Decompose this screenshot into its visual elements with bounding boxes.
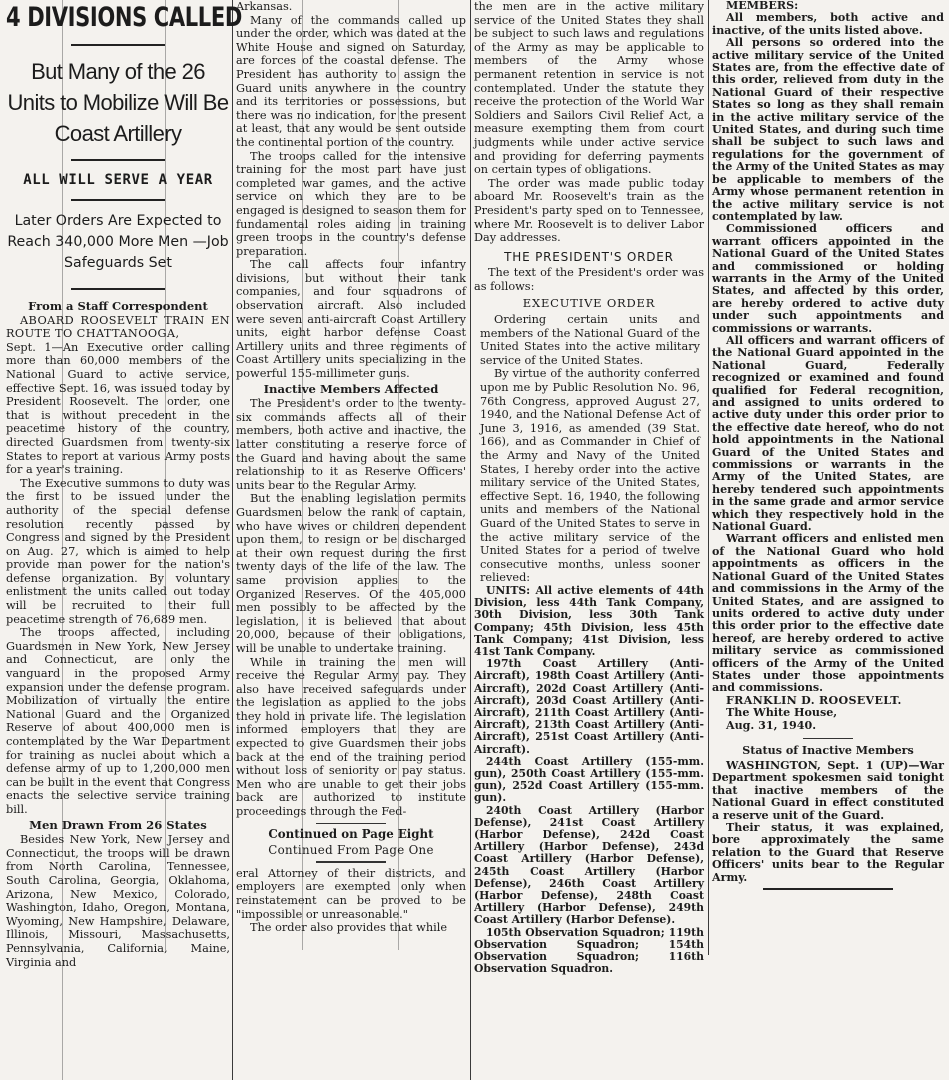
members-paragraph: All members, both active and inactive, o… [712,12,944,37]
newspaper-clipping: 4 DIVISIONS CALLED But Many of the 26 Un… [0,0,949,1080]
units-item: 244th Coast Artillery (155-mm. gun), 250… [474,756,704,805]
column-rule [232,0,233,1080]
section-rule [803,738,853,740]
article-paragraph: While in training the men will receive t… [236,656,466,819]
column-4: MEMBERS: All members, both active and in… [712,0,944,1080]
column-1: 4 DIVISIONS CALLED But Many of the 26 Un… [6,0,230,1080]
column-3: the men are in the active military servi… [474,0,704,1080]
headline-main: 4 DIVISIONS CALLED [6,2,232,34]
order-paragraph: By virtue of the authority conferred upo… [474,367,704,585]
status-paragraph: WASHINGTON, Sept. 1 (UP)—War Department … [712,760,944,822]
headline-rule [71,159,165,161]
article-paragraph: Many of the commands called up under the… [236,14,466,150]
units-list: UNITS: All active elements of 44th Divis… [474,585,704,976]
headline-deck-2: ALL WILL SERVE A YEAR [6,171,230,189]
headline-rule [71,44,165,46]
members-paragraph: All officers and warrant officers of the… [712,335,944,534]
section-heading: THE PRESIDENT'S ORDER [474,251,704,265]
article-paragraph: But the enabling legislation permits Gua… [236,492,466,655]
article-paragraph: The President's order to the twenty-six … [236,397,466,492]
units-item: 197th Coast Artillery (Anti-Aircraft), 1… [474,658,704,756]
article-paragraph: The call affects four infantry divisions… [236,258,466,380]
column-rule [708,0,709,955]
article-paragraph: The order was made public today aboard M… [474,177,704,245]
order-caption: Ordering certain units and members of th… [474,313,704,367]
executive-order-body: Ordering certain units and members of th… [474,313,704,585]
article-paragraph: The Executive summons to duty was the fi… [6,477,230,627]
article-paragraph: eral Attorney of their districts, and em… [236,867,466,921]
executive-order-title: EXECUTIVE ORDER [474,297,704,311]
units-item: 240th Coast Artillery (Harbor Defense), … [474,805,704,927]
column-2: Arkansas. Many of the commands called up… [236,0,466,1080]
article-paragraph: Arkansas. [236,0,466,14]
byline: From a Staff Correspondent [6,300,230,314]
units-item: UNITS: All active elements of 44th Divis… [474,585,704,658]
subhead-inactive: Inactive Members Affected [236,383,466,397]
article-paragraph: the men are in the active military servi… [474,0,704,177]
article-paragraph: The troops affected, including Guardsmen… [6,626,230,816]
dateline: ABOARD ROOSEVELT TRAIN EN ROUTE TO CHATT… [6,314,230,341]
article-paragraph: The order also provides that while [236,921,466,935]
article-paragraph: Sept. 1—An Executive order calling more … [6,341,230,477]
end-rule [763,888,893,890]
signed-date: Aug. 31, 1940. [712,720,944,732]
status-headline: Status of Inactive Members [712,745,944,757]
continued-on-link[interactable]: Continued on Page Eight [236,828,466,842]
status-paragraph: Their status, it was explained, bore app… [712,822,944,884]
jump-rule [316,861,386,863]
subhead-states: Men Drawn From 26 States [6,819,230,833]
column-rule [470,0,471,1080]
members-paragraph: Warrant officers and enlisted men of the… [712,533,944,694]
headline-rule [71,199,165,201]
article-paragraph: The troops called for the intensive trai… [236,150,466,259]
signed-place: The White House, [712,707,944,719]
units-item: 105th Observation Squadron; 119th Observ… [474,927,704,976]
order-intro: The text of the President's order was as… [474,266,704,293]
headline-deck-3: Later Orders Are Expected to Reach 340,0… [6,211,230,274]
headline-deck-1: But Many of the 26 Units to Mobilize Wil… [6,56,230,149]
headline-rule [71,288,165,290]
members-paragraph: All persons so ordered into the active m… [712,37,944,223]
continued-from-label: Continued From Page One [236,844,466,858]
jump-rule [316,823,386,825]
article-paragraph: Besides New York, New Jersey and Connect… [6,833,230,969]
members-paragraph: Commissioned officers and warrant office… [712,223,944,335]
